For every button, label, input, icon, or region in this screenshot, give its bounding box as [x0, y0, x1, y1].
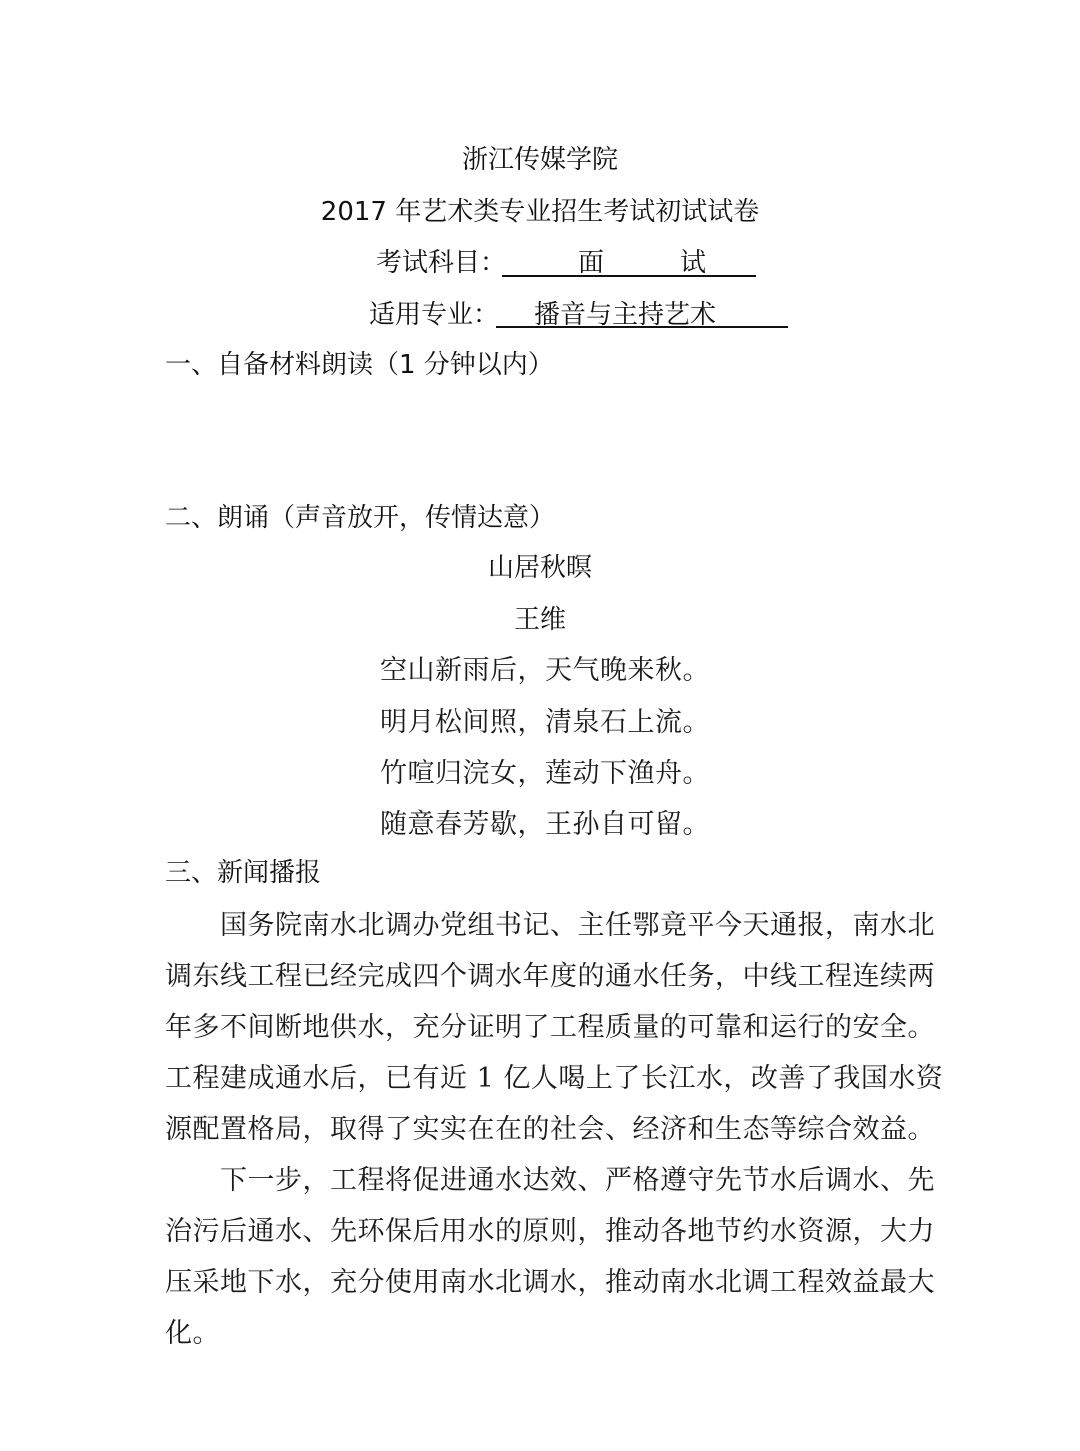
news-paragraph-line: 年多不间断地供水，充分证明了工程质量的可靠和运行的安全。	[165, 1014, 917, 1041]
subject-value-2: 试	[680, 250, 706, 276]
major-label: 适用专业：	[369, 302, 499, 328]
news-paragraph-line: 源配置格局，取得了实实在在的社会、经济和生态等综合效益。	[165, 1116, 917, 1143]
major-value: 播音与主持艺术	[534, 302, 716, 328]
news-paragraph-line: 国务院南水北调办党组书记、主任鄂竟平今天通报，南水北	[165, 912, 917, 939]
subject-value-1: 面	[578, 250, 604, 276]
section-2-heading: 二、朗诵（声音放开，传情达意）	[165, 505, 555, 531]
poem-line: 随意春芳歇，王孙自可留。	[380, 811, 710, 838]
major-underline	[496, 326, 788, 328]
poem-title: 山居秋暝	[0, 555, 1080, 581]
news-paragraph-line: 下一步，工程将促进通水达效、严格遵守先节水后调水、先	[165, 1167, 917, 1194]
news-paragraph-line: 化。	[165, 1320, 917, 1347]
poem-line: 明月松间照，清泉石上流。	[380, 709, 710, 736]
news-paragraph-line: 压采地下水，充分使用南水北调水，推动南水北调工程效益最大	[165, 1269, 917, 1296]
section-3-heading: 三、新闻播报	[165, 860, 321, 886]
section-1-heading: 一、自备材料朗读（1 分钟以内）	[165, 352, 554, 378]
subject-underline	[502, 275, 756, 277]
news-paragraph-line: 治污后通水、先环保后用水的原则，推动各地节约水资源，大力	[165, 1218, 917, 1245]
poem-author: 王维	[0, 607, 1080, 633]
poem-line: 空山新雨后，天气晚来秋。	[380, 657, 710, 684]
poem-line: 竹喧归浣女，莲动下渔舟。	[380, 760, 710, 787]
subject-label: 考试科目：	[376, 250, 506, 276]
exam-title: 2017 年艺术类专业招生考试初试试卷	[0, 199, 1080, 225]
institution-title: 浙江传媒学院	[0, 147, 1080, 173]
news-paragraph-line: 调东线工程已经完成四个调水年度的通水任务，中线工程连续两	[165, 963, 917, 990]
news-paragraph-line: 工程建成通水后，已有近 1 亿人喝上了长江水，改善了我国水资	[165, 1065, 917, 1092]
